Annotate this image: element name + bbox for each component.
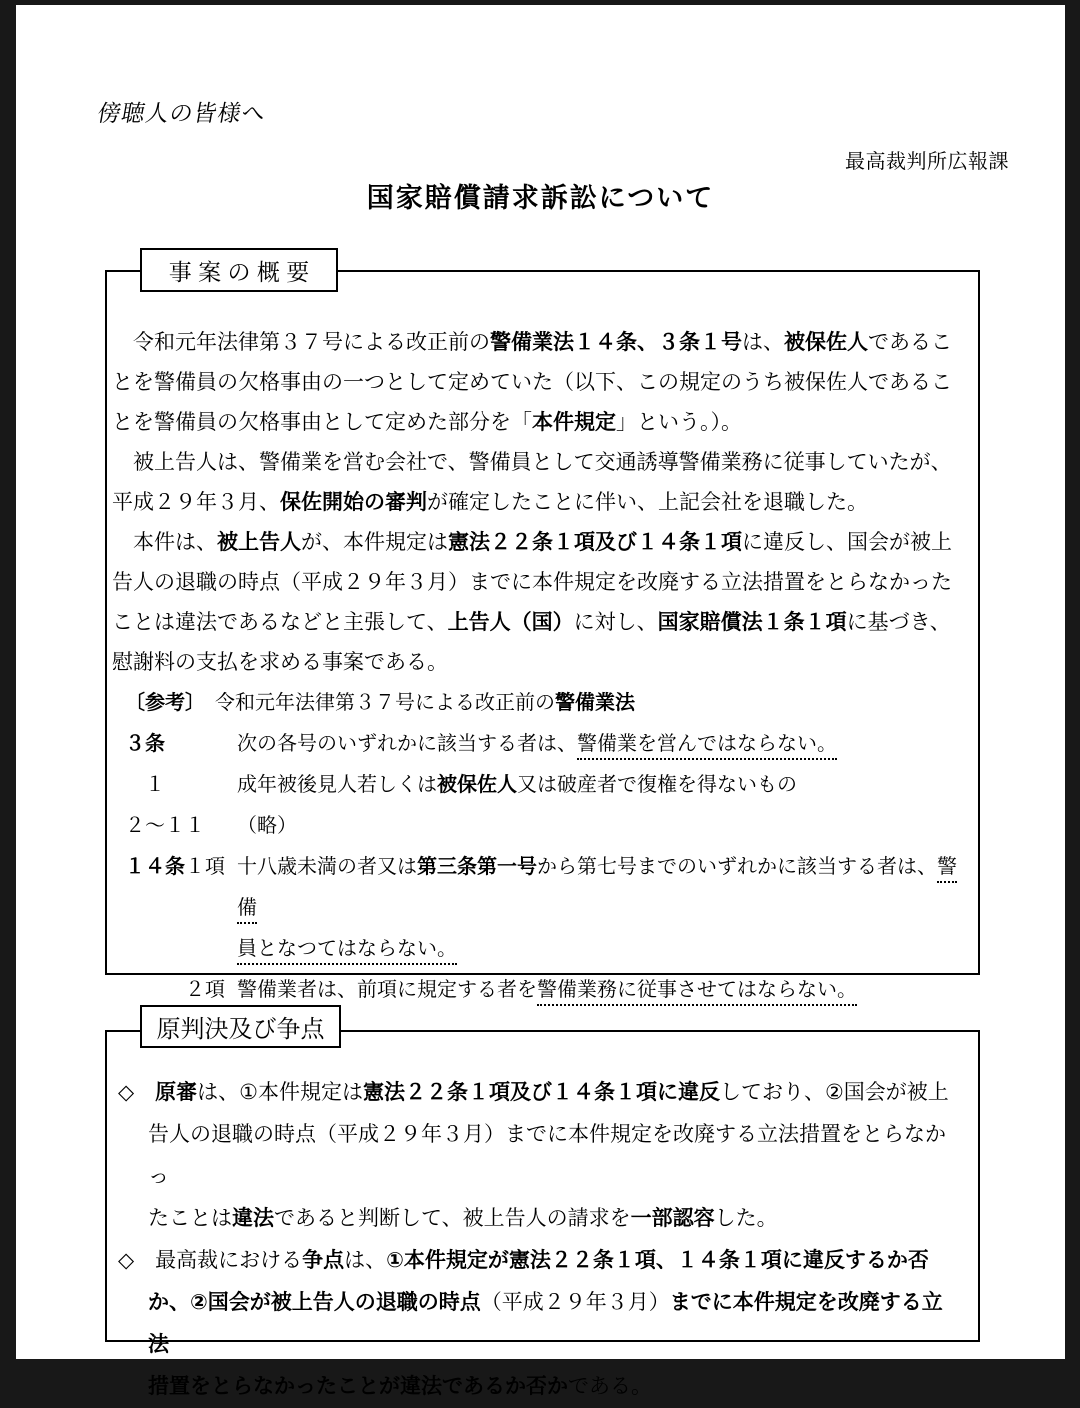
reference-row: ３条 次の各号のいずれかに該当する者は、警備業を営んではならない。 xyxy=(125,724,958,765)
bullet-item-1: ◇ 原審は、①本件規定は憲法２２条１項及び１４条１項に違反しており、②国会が被上… xyxy=(118,1072,958,1240)
reference-heading: 〔参考〕 令和元年法律第３７号による改正前の警備業法 xyxy=(125,683,955,724)
reference-row-label: ３条 xyxy=(125,724,237,765)
audience-note: 傍聴人の皆様へ xyxy=(95,95,269,128)
paragraph-1: 令和元年法律第３７号による改正前の警備業法１４条、３条１号は、被保佐人であること… xyxy=(112,323,958,443)
paragraph-3: 本件は、被上告人が、本件規定は憲法２２条１項及び１４条１項に違反し、国会が被上告… xyxy=(112,523,958,683)
reference-row-label: ２～１１ xyxy=(125,806,237,847)
judgment-issues-content: ◇ 原審は、①本件規定は憲法２２条１項及び１４条１項に違反しており、②国会が被上… xyxy=(107,1032,978,1408)
reference-row-text: 次の各号のいずれかに該当する者は、警備業を営んではならない。 xyxy=(237,724,958,765)
reference-row: １ 成年被後見人若しくは被保佐人又は破産者で復権を得ないもの xyxy=(125,765,958,806)
reference-row: ２～１１ （略） xyxy=(125,806,958,847)
case-summary-content: 令和元年法律第３７号による改正前の警備業法１４条、３条１号は、被保佐人であること… xyxy=(107,272,978,1011)
reference-section: 〔参考〕 令和元年法律第３７号による改正前の警備業法 ３条 次の各号のいずれかに… xyxy=(125,683,958,1011)
department-label: 最高裁判所広報課 xyxy=(845,145,1009,174)
document-page: 傍聴人の皆様へ 最高裁判所広報課 国家賠償請求訴訟について 事 案 の 概 要 … xyxy=(16,5,1065,1359)
reference-row-label: １４条１項 xyxy=(125,847,237,970)
reference-row-text: 十八歳未満の者又は第三条第一号から第七号までのいずれかに該当する者は、警備員とな… xyxy=(237,847,958,970)
reference-row-text: （略） xyxy=(237,806,958,847)
reference-row: １４条１項 十八歳未満の者又は第三条第一号から第七号までのいずれかに該当する者は… xyxy=(125,847,958,970)
reference-row-label: １ xyxy=(125,765,237,806)
page-title: 国家賠償請求訴訟について xyxy=(16,176,1065,215)
judgment-issues-box: ◇ 原審は、①本件規定は憲法２２条１項及び１４条１項に違反しており、②国会が被上… xyxy=(105,1030,980,1342)
bullet-item-2: ◇ 最高裁における争点は、①本件規定が憲法２２条１項、１４条１項に違反するか否か… xyxy=(118,1240,958,1408)
case-summary-label: 事 案 の 概 要 xyxy=(140,248,338,292)
judgment-issues-label: 原判決及び争点 xyxy=(140,1005,341,1048)
paragraph-2: 被上告人は、警備業を営む会社で、警備員として交通誘導警備業務に従事していたが、平… xyxy=(112,443,958,523)
case-summary-box: 令和元年法律第３７号による改正前の警備業法１４条、３条１号は、被保佐人であること… xyxy=(105,270,980,975)
reference-row-text: 成年被後見人若しくは被保佐人又は破産者で復権を得ないもの xyxy=(237,765,958,806)
reference-row-text: 警備業者は、前項に規定する者を警備業務に従事させてはならない。 xyxy=(237,970,958,1011)
